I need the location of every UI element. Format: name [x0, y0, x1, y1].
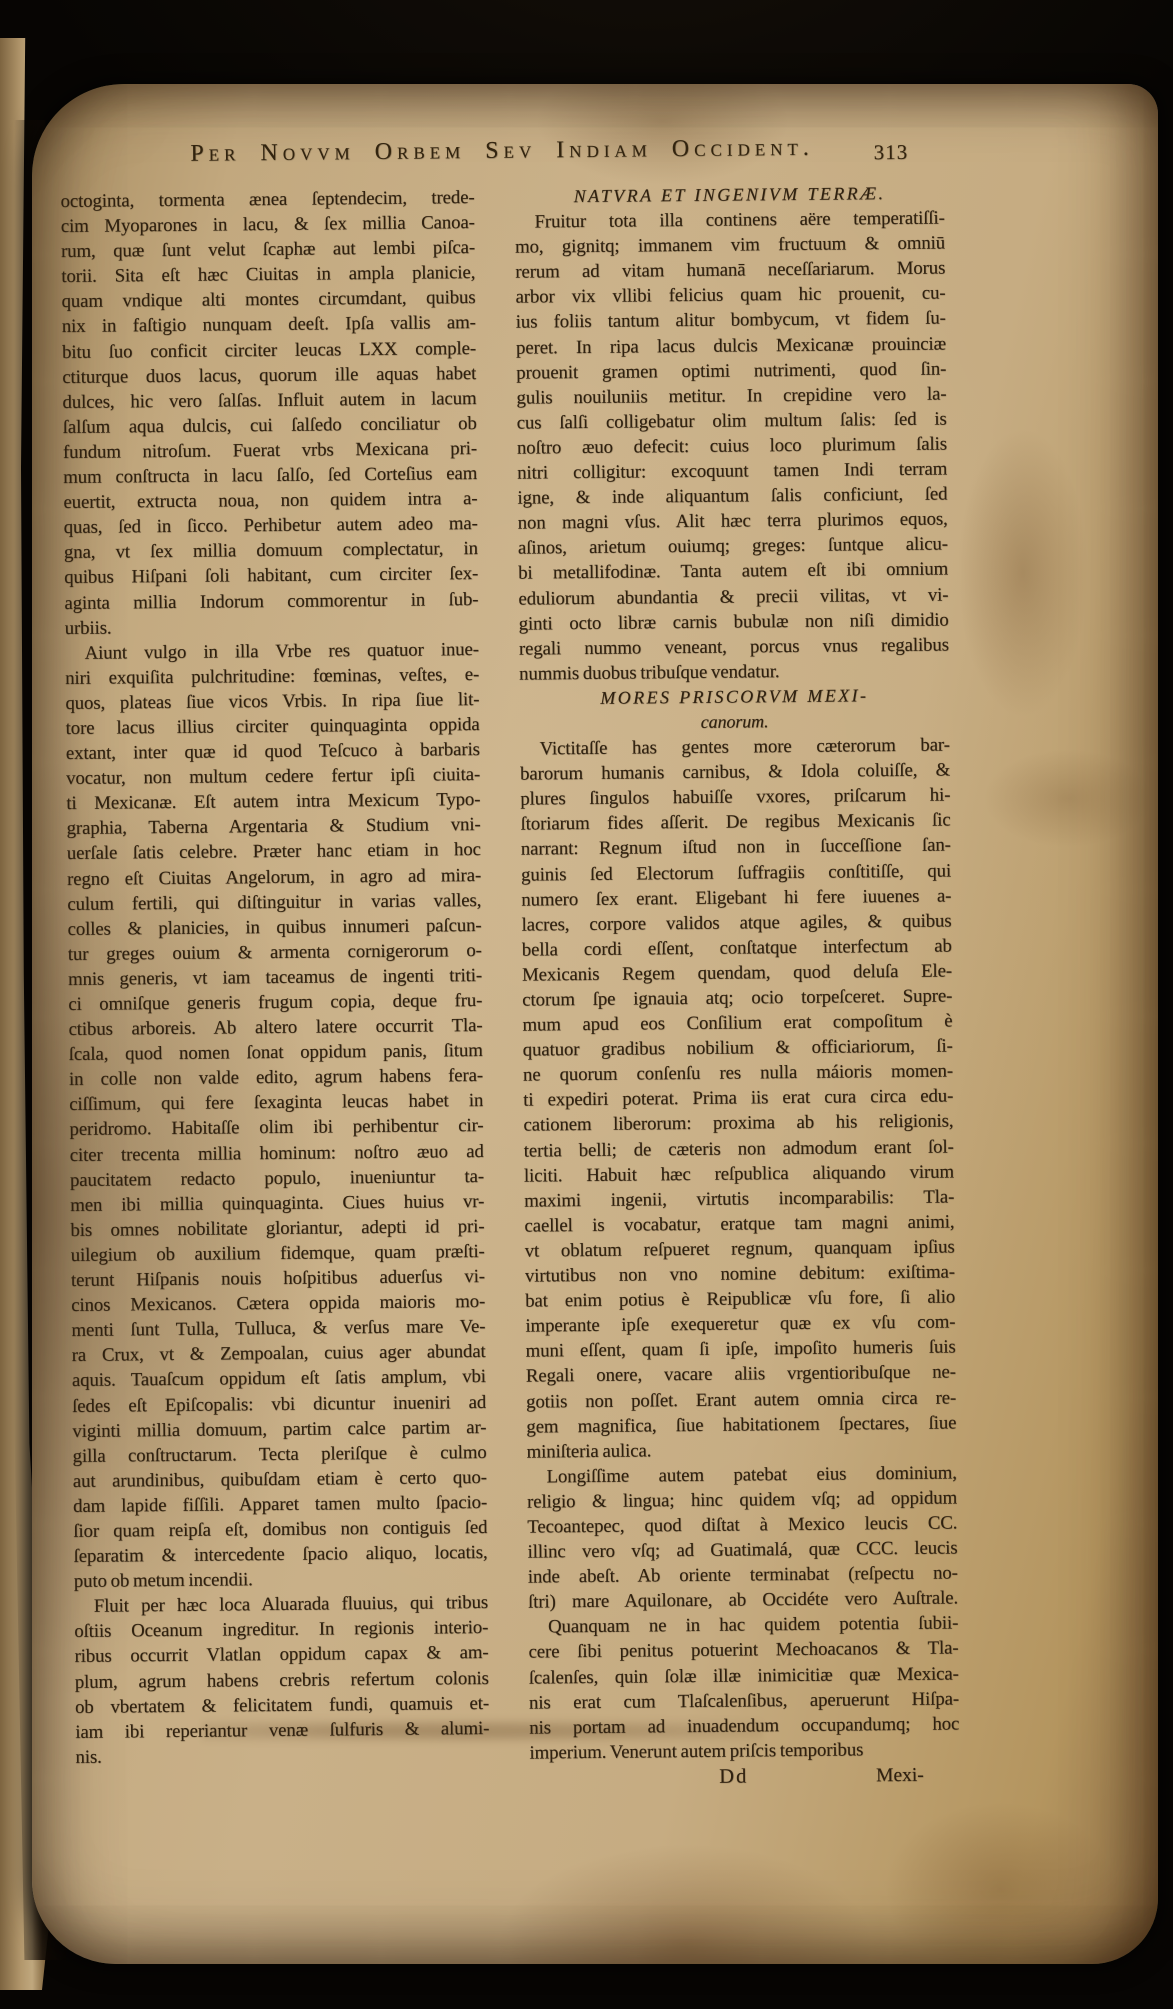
text-line: niri exquiſita pulchritudine: fœminas, v… — [65, 662, 479, 691]
page-number: 313 — [874, 140, 909, 165]
text-line: ctiturque duos lacus, quorum ille aquas … — [62, 361, 476, 390]
text-line: maximi ingenii, virtutis incomparabilis:… — [524, 1184, 954, 1213]
text-line: iam ibi reperiantur venæ ſulfuris & alum… — [75, 1716, 489, 1745]
text-line: peridromo. Habitaſſe olim ibi perhibentu… — [69, 1113, 483, 1142]
text-line: liciti. Habuit hæc reſpublica aliquando … — [524, 1159, 954, 1188]
text-line: uerſale ſatis celebre. Præter hanc etiam… — [67, 837, 481, 866]
text-line: colles & planicies, in quibus innumeri p… — [67, 913, 481, 942]
page-content: Per Novvm Orbem Sev Indiam Occident. 313… — [60, 133, 1026, 1797]
text-line: cationem liberorum: proxima ab his relig… — [523, 1109, 953, 1138]
text-block: octoginta, tormenta ænea ſeptendecim, tr… — [60, 180, 1025, 1770]
text-line: dam lapide fiſſili. Apparet tamen multo … — [73, 1490, 487, 1519]
text-line: gotiis non poſſet. Erant autem omnia cir… — [526, 1385, 956, 1414]
text-line: ſcalenſes, quin ſolæ illæ inimicitiæ quæ… — [529, 1661, 959, 1690]
text-line: quibus Hiſpani ſoli habitant, cum circit… — [64, 561, 478, 590]
text-line: cere ſibi penitus potuerint Mechoacanos … — [528, 1636, 958, 1665]
text-line: Regali onere, vacare aliis vrgentioribuſ… — [526, 1360, 956, 1389]
text-line: numero ſex erant. Eligebant hi fere iuue… — [521, 883, 951, 912]
text-line: gilla conſtructarum. Tecta pleriſque è c… — [72, 1440, 486, 1469]
text-line: aquis. Tauaſcum oppidum eſt ſatis amplum… — [72, 1364, 486, 1393]
signature-mark: Dd — [719, 1763, 748, 1790]
text-line: bitu ſuo conficit circiter leucas LXX co… — [62, 336, 476, 365]
running-header: Per Novvm Orbem Sev Indiam Occident. 313 — [60, 134, 944, 176]
text-line: aut arundinibus, quibuſdam etiam è certo… — [73, 1465, 487, 1494]
text-line: men ibi millia quinquaginta. Ciues huius… — [70, 1189, 484, 1218]
text-line: citer trecenta millia hominum: noſtro æu… — [70, 1139, 484, 1168]
text-line: nis portam ad inuadendum occupandumq; ho… — [529, 1711, 959, 1740]
text-line: peret. In ripa lacus dulcis Mexicanæ pro… — [516, 331, 946, 360]
text-line: nis. — [75, 1741, 489, 1770]
text-line: ob vbertatem & felicitatem fundi, quamui… — [75, 1691, 489, 1720]
text-line: aginta millia Indorum commorentur in ſub… — [64, 587, 478, 616]
text-line: ius foliis tantum alitur bombycum, vt fi… — [516, 306, 946, 335]
text-line: lacres, corpore validos atque agiles, & … — [521, 908, 951, 937]
text-line: gulis nouiluniis metitur. In crepidine v… — [516, 381, 946, 410]
text-line: ſalſum aqua dulcis, cui ſalſedo concilia… — [63, 411, 477, 440]
running-header-title: Per Novvm Orbem Sev Indiam Occident. — [60, 134, 944, 169]
text-line: prouenit gramen optimi nutrimenti, quod … — [516, 356, 946, 385]
text-line: gem magnifica, ſiue habitationem ſpectar… — [526, 1410, 956, 1439]
text-column-right: NATVRA ET INGENIVM TERRÆ.Fruitur tota il… — [514, 181, 959, 1766]
text-line: nis erat cum Tlaſcalenſibus, aperuerunt … — [529, 1686, 959, 1715]
text-line: eduliorum abundantia & precii vilitas, v… — [518, 582, 948, 611]
text-line: ribus occurrit Vlatlan oppidum capax & a… — [74, 1640, 488, 1669]
text-line: regali nummo veneant, porcus vnus regali… — [519, 632, 949, 661]
text-line: narrant: Regnum iſtud non in ſucceſſione… — [521, 833, 951, 862]
text-line: regno eſt Ciuitas Angelorum, in agro ad … — [67, 863, 481, 892]
text-line: nix in faſtigio nunquam deeſt. Ipſa vall… — [62, 310, 476, 339]
text-line: tertia belli; de cæteris non admodum era… — [524, 1134, 954, 1163]
text-line: viginti millia domuum, partim calce part… — [72, 1415, 486, 1444]
text-column-left: octoginta, tormenta ænea ſeptendecim, tr… — [60, 185, 489, 1770]
text-line: plum, agrum habens crebris refertum colo… — [75, 1665, 489, 1694]
signature-spacer — [530, 1764, 720, 1793]
text-line: tur greges ouium & armenta cornigerorum … — [68, 938, 482, 967]
catchword: Mexi- — [748, 1761, 960, 1790]
text-line: culum fertili, qui diſtinguitur in varia… — [67, 888, 481, 917]
book-page: Per Novvm Orbem Sev Indiam Occident. 313… — [32, 84, 1158, 1964]
text-line: ſeparatim & intercedente ſpacio aliquo, … — [73, 1540, 487, 1569]
text-line: ſedes eſt Epiſcopalis: vbi dicuntur inue… — [72, 1389, 486, 1418]
text-line: bis omnes nobilitate gloriantur, adepti … — [70, 1214, 484, 1243]
text-line: guinis ſed Electorum ſuffragiis conſtiti… — [521, 858, 951, 887]
text-line: ginti octo libræ carnis bubulæ non niſi … — [519, 607, 949, 636]
signature-line: Dd Mexi- — [530, 1761, 960, 1792]
text-line: Aiunt vulgo in illa Vrbe res quatuor inu… — [65, 637, 479, 666]
text-line: paucitatem redacto populo, inueniuntur t… — [70, 1164, 484, 1193]
text-line: bi metallifodinæ. Tanta autem eſt ibi om… — [518, 557, 948, 586]
text-line: dulces, hic vero ſalſas. Influit autem i… — [62, 386, 476, 415]
book-scan: Per Novvm Orbem Sev Indiam Occident. 313… — [0, 0, 1173, 2009]
